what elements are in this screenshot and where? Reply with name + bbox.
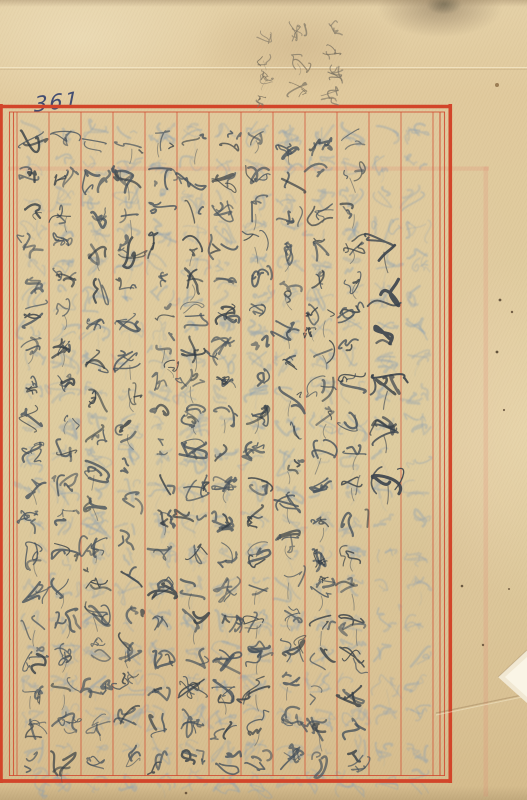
foxing-speck [496,351,499,354]
foxing-speck [482,644,484,646]
manuscript-artwork [0,0,527,800]
foxing-speck [185,792,188,795]
foxing-speck [499,299,502,302]
foxing-speck [508,588,510,590]
pencil-annotations [256,21,343,111]
scanned-manuscript-page: 361 華甫生 張江陪 を辞任す 二月十六日 晴 二月十六日 晴 今日張江澄氏の… [0,0,527,800]
foxing-speck [511,311,513,313]
foxing-speck [503,409,505,411]
foxing-speck [495,83,499,87]
foxing-speck [461,585,464,588]
